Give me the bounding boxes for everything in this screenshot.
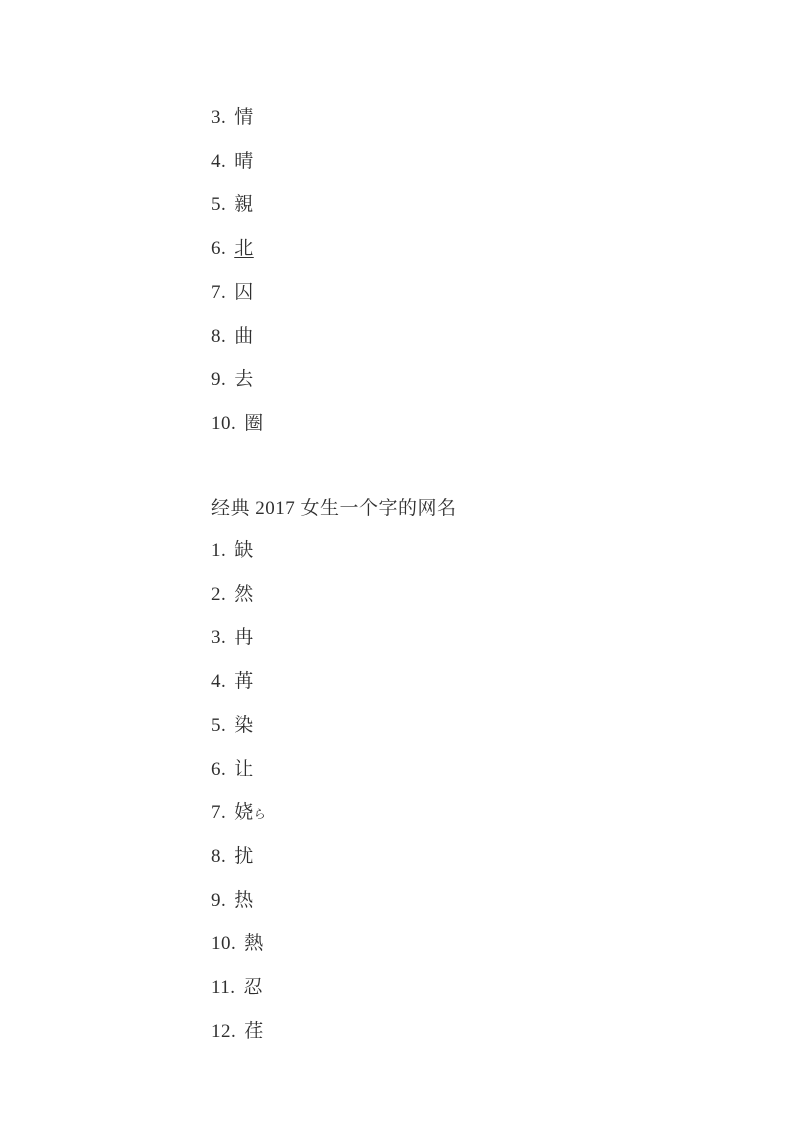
item-name: 北 <box>234 238 254 259</box>
item-suffix: ら <box>254 807 267 821</box>
item-number: 5. <box>211 715 226 736</box>
list-item: 12.荏 <box>211 1011 760 1055</box>
list-item: 2.然 <box>211 574 760 618</box>
list-item: 11.忍 <box>211 967 760 1011</box>
item-number: 1. <box>211 540 226 561</box>
item-name: 娆 <box>234 802 254 823</box>
list-item: 8.扰 <box>211 836 760 880</box>
item-name: 热 <box>234 890 254 911</box>
item-number: 4. <box>211 151 226 172</box>
item-number: 10. <box>211 933 236 954</box>
item-name: 圈 <box>244 413 264 434</box>
item-number: 3. <box>211 627 226 648</box>
list-item: 6.让 <box>211 749 760 793</box>
item-number: 10. <box>211 413 236 434</box>
list-item: 8.曲 <box>211 316 760 360</box>
item-number: 4. <box>211 671 226 692</box>
list-item: 7.娆ら <box>211 792 760 836</box>
item-number: 12. <box>211 1021 236 1042</box>
list-item: 3.情 <box>211 97 760 141</box>
item-name: 囚 <box>234 282 254 303</box>
list-item: 5.染 <box>211 705 760 749</box>
item-number: 2. <box>211 584 226 605</box>
list-item: 5.親 <box>211 184 760 228</box>
item-number: 8. <box>211 326 226 347</box>
item-name: 缺 <box>234 540 254 561</box>
item-number: 7. <box>211 282 226 303</box>
item-name: 荏 <box>244 1021 264 1042</box>
item-number: 6. <box>211 759 226 780</box>
article-body: 3.情 4.晴 5.親 6.北 7.囚 8.曲 9.去 <box>0 0 800 1054</box>
item-name: 親 <box>234 194 254 215</box>
list-item: 10.圈 <box>211 403 760 447</box>
item-name: 晴 <box>234 151 254 172</box>
list-item: 7.囚 <box>211 272 760 316</box>
item-name: 然 <box>234 584 254 605</box>
list-item: 9.去 <box>211 359 760 403</box>
item-name: 冉 <box>234 627 254 648</box>
nickname-list-2: 1.缺 2.然 3.冉 4.苒 5.染 6.让 7.娆ら <box>211 530 760 1054</box>
item-name: 染 <box>234 715 254 736</box>
list-item: 9.热 <box>211 880 760 924</box>
list-item: 4.晴 <box>211 141 760 185</box>
list-item: 1.缺 <box>211 530 760 574</box>
item-name: 去 <box>234 369 254 390</box>
item-number: 9. <box>211 369 226 390</box>
item-number: 5. <box>211 194 226 215</box>
nickname-list-1: 3.情 4.晴 5.親 6.北 7.囚 8.曲 9.去 <box>211 97 760 447</box>
item-name: 苒 <box>234 671 254 692</box>
item-name: 曲 <box>234 326 254 347</box>
item-name: 扰 <box>234 846 254 867</box>
list-item: 10.熱 <box>211 923 760 967</box>
item-number: 8. <box>211 846 226 867</box>
section-heading: 经典 2017 女生一个字的网名 <box>211 488 760 530</box>
list-item: 4.苒 <box>211 661 760 705</box>
item-number: 11. <box>211 977 236 998</box>
item-name: 熱 <box>244 933 264 954</box>
item-number: 6. <box>211 238 226 259</box>
item-name: 忍 <box>244 977 264 998</box>
item-name: 情 <box>234 107 254 128</box>
item-number: 3. <box>211 107 226 128</box>
list-item: 3.冉 <box>211 617 760 661</box>
item-number: 9. <box>211 890 226 911</box>
item-number: 7. <box>211 802 226 823</box>
item-name: 让 <box>234 759 254 780</box>
list-item: 6.北 <box>211 228 760 272</box>
